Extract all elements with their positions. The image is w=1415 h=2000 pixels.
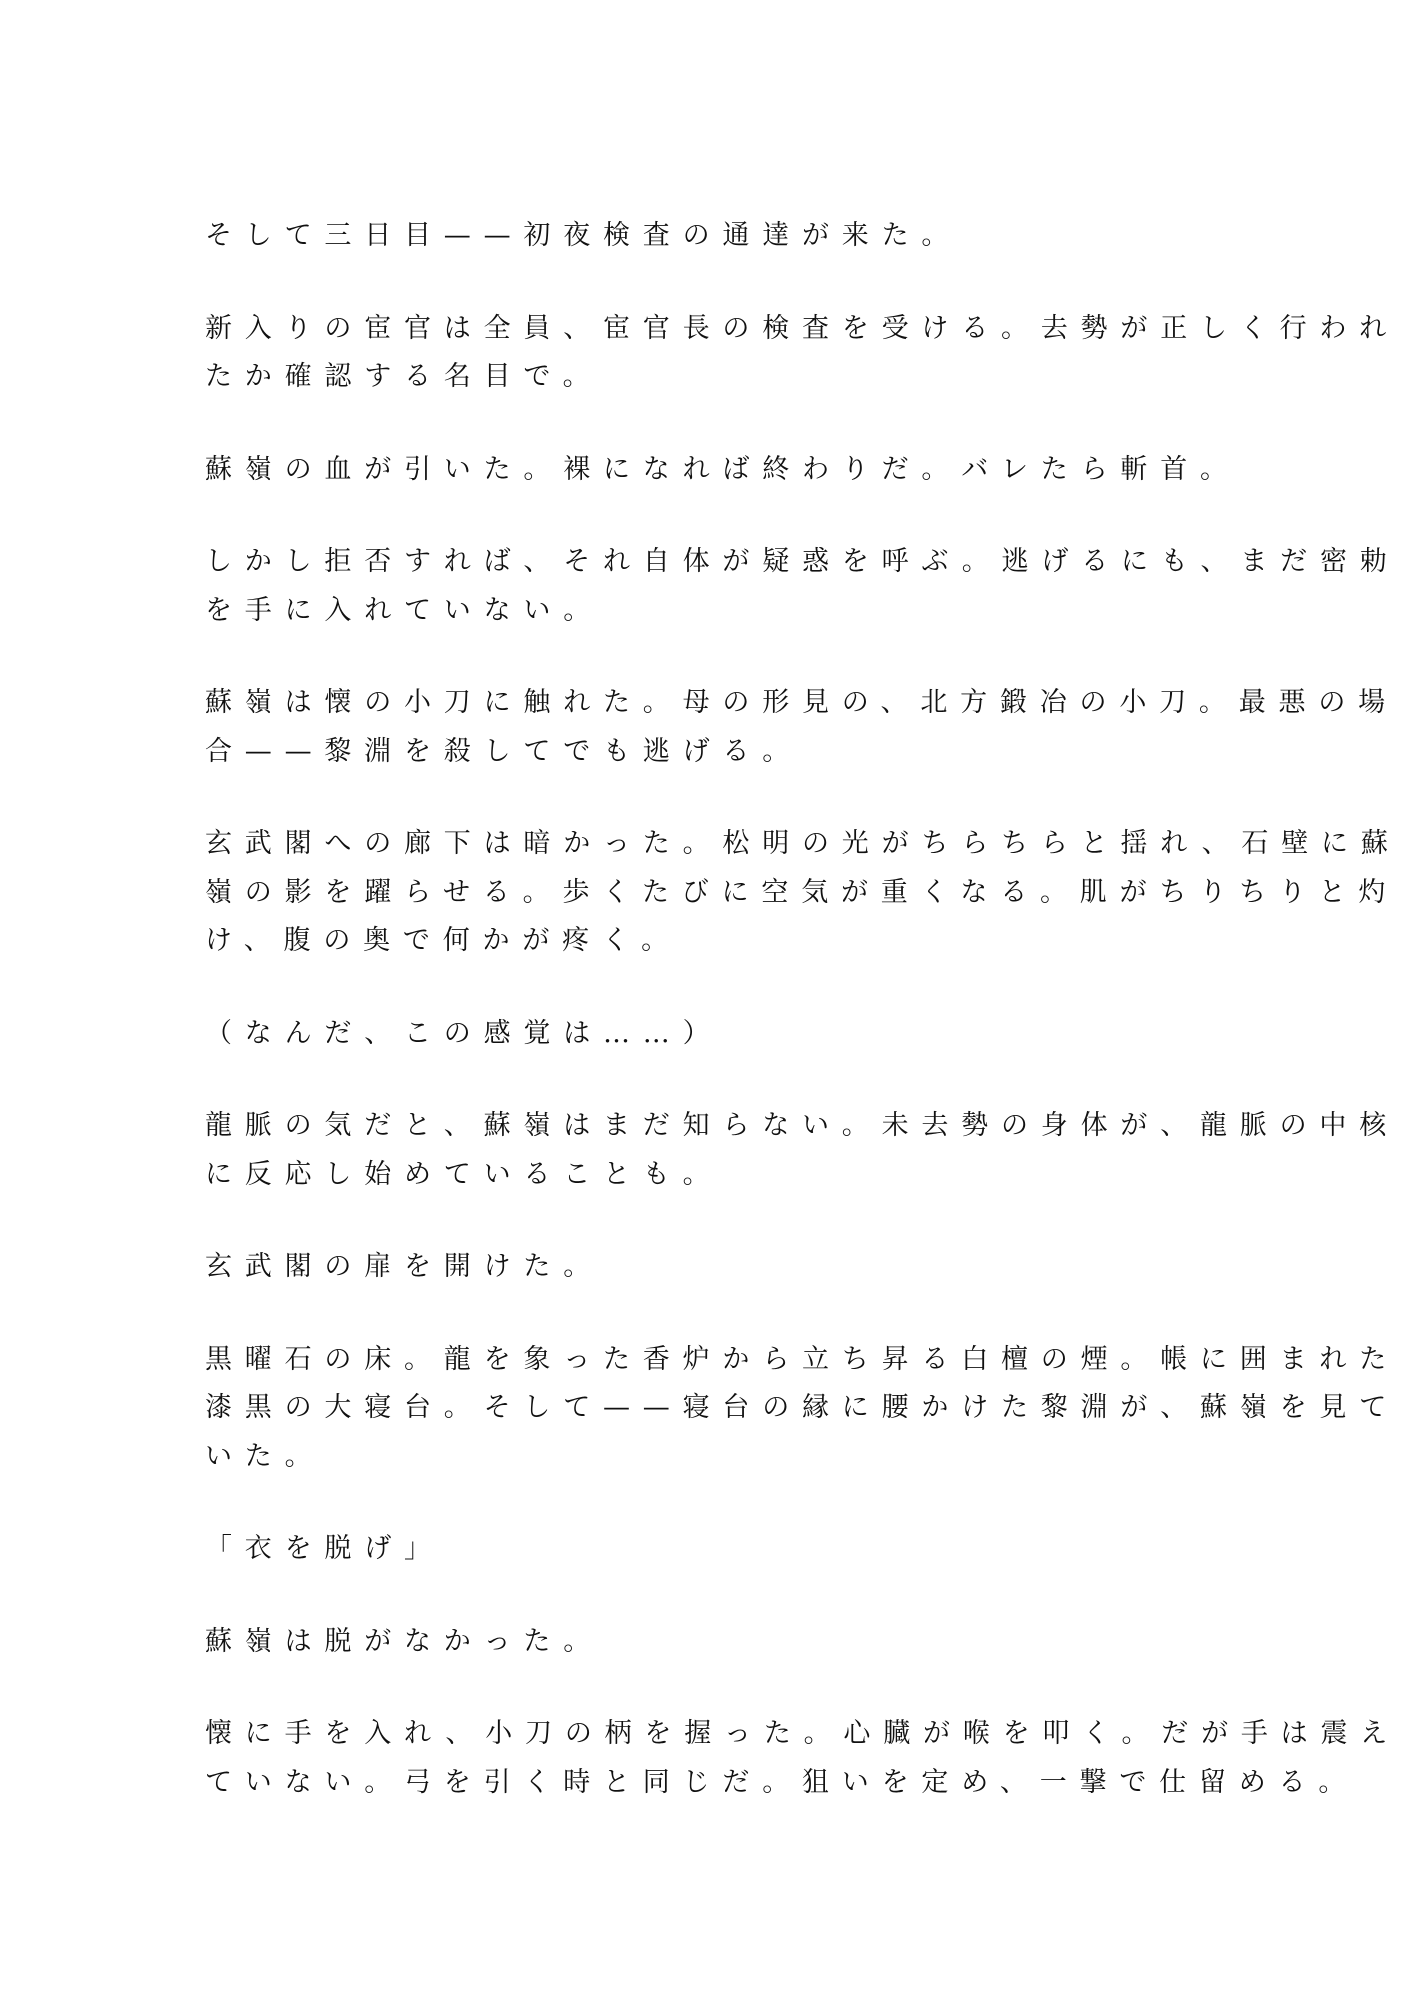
text-line: を手に入れていない。 bbox=[205, 587, 1180, 636]
paragraph-8: 龍脈の気だと、蘇嶺はまだ知らない。未去勢の身体が、龍脈の中核 に反応し始めている… bbox=[205, 1102, 1180, 1199]
text-line: 玄武閣への廊下は暗かった。松明の光がちらちらと揺れ、石壁に蘇 bbox=[205, 820, 1180, 869]
document-page: そして三日目——初夜検査の通達が来た。 新入りの宦官は全員、宦官長の検査を受ける… bbox=[205, 212, 1180, 1851]
paragraph-10: 黒曜石の床。龍を象った香炉から立ち昇る白檀の煙。帳に囲まれた 漆黒の大寝台。そし… bbox=[205, 1336, 1180, 1482]
paragraph-11: 「衣を脱げ」 bbox=[205, 1525, 1180, 1574]
text-line: 蘇嶺は懐の小刀に触れた。母の形見の、北方鍛冶の小刀。最悪の場 bbox=[205, 679, 1180, 728]
paragraph-6: 玄武閣への廊下は暗かった。松明の光がちらちらと揺れ、石壁に蘇 嶺の影を躍らせる。… bbox=[205, 820, 1180, 966]
text-line: そして三日目——初夜検査の通達が来た。 bbox=[205, 212, 1180, 261]
paragraph-9: 玄武閣の扉を開けた。 bbox=[205, 1243, 1180, 1292]
text-line: 漆黒の大寝台。そして——寝台の縁に腰かけた黎淵が、蘇嶺を見て bbox=[205, 1384, 1180, 1433]
paragraph-12: 蘇嶺は脱がなかった。 bbox=[205, 1618, 1180, 1667]
text-line: いた。 bbox=[205, 1433, 1180, 1482]
paragraph-3: 蘇嶺の血が引いた。裸になれば終わりだ。バレたら斬首。 bbox=[205, 446, 1180, 495]
paragraph-5: 蘇嶺は懐の小刀に触れた。母の形見の、北方鍛冶の小刀。最悪の場 合——黎淵を殺して… bbox=[205, 679, 1180, 776]
paragraph-1: そして三日目——初夜検査の通達が来た。 bbox=[205, 212, 1180, 261]
text-line: 「衣を脱げ」 bbox=[205, 1525, 1180, 1574]
text-line: 合——黎淵を殺してでも逃げる。 bbox=[205, 728, 1180, 777]
text-line: に反応し始めていることも。 bbox=[205, 1151, 1180, 1200]
text-line: 蘇嶺の血が引いた。裸になれば終わりだ。バレたら斬首。 bbox=[205, 446, 1180, 495]
text-line: 蘇嶺は脱がなかった。 bbox=[205, 1618, 1180, 1667]
text-line: け、腹の奥で何かが疼く。 bbox=[205, 917, 1180, 966]
paragraph-7: （なんだ、この感覚は……） bbox=[205, 1010, 1180, 1059]
text-line: 玄武閣の扉を開けた。 bbox=[205, 1243, 1180, 1292]
text-line: 黒曜石の床。龍を象った香炉から立ち昇る白檀の煙。帳に囲まれた bbox=[205, 1336, 1180, 1385]
text-line: たか確認する名目で。 bbox=[205, 353, 1180, 402]
text-line: しかし拒否すれば、それ自体が疑惑を呼ぶ。逃げるにも、まだ密勅 bbox=[205, 538, 1180, 587]
paragraph-4: しかし拒否すれば、それ自体が疑惑を呼ぶ。逃げるにも、まだ密勅 を手に入れていない… bbox=[205, 538, 1180, 635]
paragraph-13: 懐に手を入れ、小刀の柄を握った。心臓が喉を叩く。だが手は震え ていない。弓を引く… bbox=[205, 1710, 1180, 1807]
text-line: 龍脈の気だと、蘇嶺はまだ知らない。未去勢の身体が、龍脈の中核 bbox=[205, 1102, 1180, 1151]
text-line: （なんだ、この感覚は……） bbox=[205, 1010, 1180, 1059]
text-line: 新入りの宦官は全員、宦官長の検査を受ける。去勢が正しく行われ bbox=[205, 305, 1180, 354]
paragraph-2: 新入りの宦官は全員、宦官長の検査を受ける。去勢が正しく行われ たか確認する名目で… bbox=[205, 305, 1180, 402]
text-line: 懐に手を入れ、小刀の柄を握った。心臓が喉を叩く。だが手は震え bbox=[205, 1710, 1180, 1759]
text-line: ていない。弓を引く時と同じだ。狙いを定め、一撃で仕留める。 bbox=[205, 1759, 1180, 1808]
text-line: 嶺の影を躍らせる。歩くたびに空気が重くなる。肌がちりちりと灼 bbox=[205, 869, 1180, 918]
